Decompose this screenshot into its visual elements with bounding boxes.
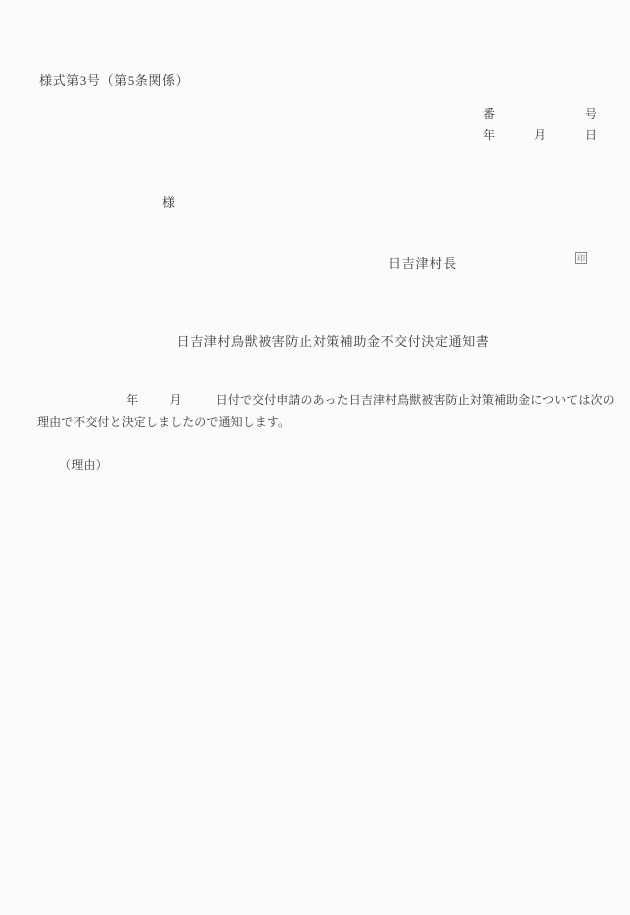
date-line: 年 月 日: [483, 127, 597, 148]
body-line-2: 理由で不交付と決定しましたので通知します。: [37, 411, 597, 433]
document-title: 日吉津村鳥獣被害防止対策補助金不交付決定通知書: [0, 331, 630, 350]
number-unit-label: 号: [585, 106, 597, 127]
day-label: 日: [585, 127, 597, 148]
body-paragraph: 年 月 日付で交付申請のあった日吉津村鳥獣被害防止対策補助金については次の 理由…: [37, 389, 597, 433]
body-line-1: 年 月 日付で交付申請のあった日吉津村鳥獣被害防止対策補助金については次の: [37, 389, 597, 411]
document-number-block: 番 号 年 月 日: [483, 106, 597, 148]
addressee-honorific: 様: [162, 192, 175, 211]
sender-title: 日吉津村長: [388, 253, 457, 272]
date-blank-day-gap: [185, 403, 213, 404]
form-number-label: 様式第3号（第5条関係）: [39, 70, 189, 89]
document-page: 様式第3号（第5条関係） 番 号 年 月 日 様 日吉津村長 印 日吉津村鳥獣被…: [0, 0, 630, 915]
number-label: 番: [483, 106, 495, 127]
month-label: 月: [534, 127, 546, 148]
seal-stamp-mark: 印: [575, 252, 587, 264]
year-label: 年: [483, 127, 495, 148]
date-blank-month-gap: [141, 403, 166, 404]
body-line-1-text: 日付で交付申請のあった日吉津村鳥獣被害防止対策補助金については次の: [216, 393, 615, 407]
date-blank-indent: [37, 403, 123, 404]
body-year-label: 年: [126, 393, 138, 407]
document-number-line: 番 号: [483, 106, 597, 127]
body-month-label: 月: [169, 393, 181, 407]
reason-label: （理由）: [59, 456, 108, 473]
